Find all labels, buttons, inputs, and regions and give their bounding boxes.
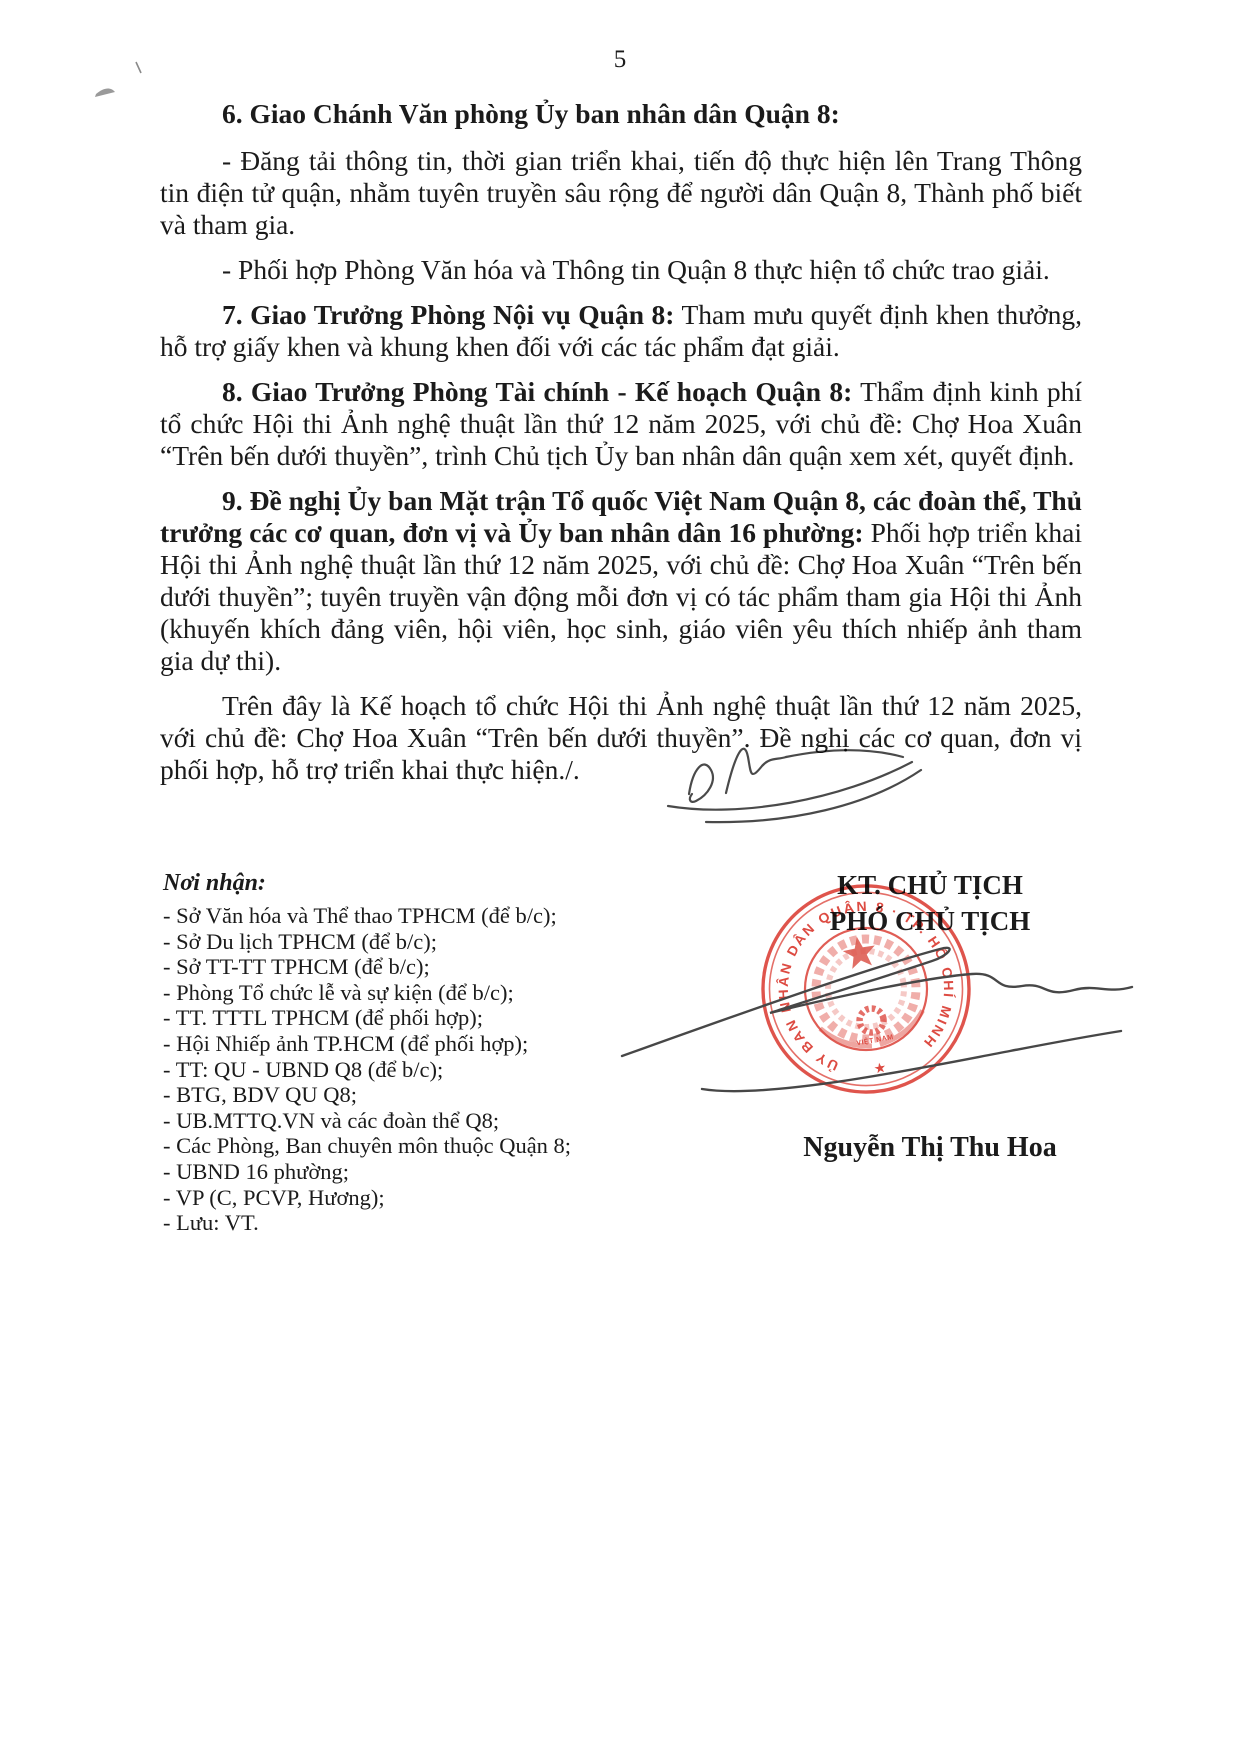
recipient-item: - BTG, BDV QU Q8; — [163, 1082, 683, 1108]
recipient-item: - Hội Nhiếp ảnh TP.HCM (để phối hợp); — [163, 1031, 683, 1057]
signature-title-block: KT. CHỦ TỊCH PHÓ CHỦ TỊCH — [700, 867, 1160, 939]
recipient-item: - TT: QU - UBND Q8 (để b/c); — [163, 1057, 683, 1083]
stamp-banner-right — [875, 1010, 927, 1044]
stamp-wreath-inner — [822, 945, 910, 1033]
recipient-item: - Sở TT-TT TPHCM (để b/c); — [163, 954, 683, 980]
document-body: 6. Giao Chánh Văn phòng Ủy ban nhân dân … — [160, 98, 1082, 799]
recipient-item: - Lưu: VT. — [163, 1210, 683, 1236]
section-9-paragraph: 9. Đề nghị Ủy ban Mặt trận Tổ quốc Việt … — [160, 485, 1082, 677]
recipient-item: - UBND 16 phường; — [163, 1159, 683, 1185]
closing-paragraph: Trên đây là Kế hoạch tổ chức Hội thi Ảnh… — [160, 690, 1082, 786]
section-8-lead: 8. Giao Trưởng Phòng Tài chính - Kế hoạc… — [222, 376, 852, 407]
stamp-emblem-star-icon — [841, 934, 878, 970]
signer-name: Nguyễn Thị Thu Hoa — [700, 1132, 1160, 1164]
recipients-label: Nơi nhận: — [163, 870, 683, 897]
page-number: 5 — [0, 46, 1240, 74]
recipient-item: - UB.MTTQ.VN và các đoàn thể Q8; — [163, 1108, 683, 1134]
stamp-wreath-outer — [808, 931, 924, 1047]
section-7-paragraph: 7. Giao Trưởng Phòng Nội vụ Quận 8: Tham… — [160, 299, 1082, 363]
recipient-item: - TT. TTTL TPHCM (để phối hợp); — [163, 1005, 683, 1031]
stamp-banner-label: VIỆT NAM — [856, 1032, 894, 1047]
stamp-banner-left — [820, 1020, 872, 1054]
signature-title-line2: PHÓ CHỦ TỊCH — [700, 903, 1160, 939]
section-6-heading: 6. Giao Chánh Văn phòng Ủy ban nhân dân … — [160, 98, 1082, 130]
signature — [622, 948, 1132, 1091]
stamp-emblem-circle — [795, 918, 936, 1059]
recipient-item: - Sở Du lịch TPHCM (để b/c); — [163, 929, 683, 955]
section-8-paragraph: 8. Giao Trưởng Phòng Tài chính - Kế hoạc… — [160, 376, 1082, 472]
recipient-item: - Sở Văn hóa và Thể thao TPHCM (để b/c); — [163, 903, 683, 929]
section-6-paragraph-1: - Đăng tải thông tin, thời gian triển kh… — [160, 145, 1082, 241]
stamp-cog-icon — [858, 1007, 886, 1035]
signature-title-line1: KT. CHỦ TỊCH — [700, 867, 1160, 903]
section-6-paragraph-2: - Phối hợp Phòng Văn hóa và Thông tin Qu… — [160, 254, 1082, 286]
recipient-item: - Các Phòng, Ban chuyên môn thuộc Quận 8… — [163, 1133, 683, 1159]
document-page: 5 6. Giao Chánh Văn phòng Ủy ban nhân dâ… — [0, 0, 1240, 1754]
recipient-item: - VP (C, PCVP, Hương); — [163, 1185, 683, 1211]
section-7-lead: 7. Giao Trưởng Phòng Nội vụ Quận 8: — [222, 299, 674, 330]
recipient-item: - Phòng Tổ chức lễ và sự kiện (để b/c); — [163, 980, 683, 1006]
stamp-bottom-star-icon: ★ — [873, 1061, 888, 1078]
recipients-block: Nơi nhận: - Sở Văn hóa và Thể thao TPHCM… — [163, 870, 683, 1236]
